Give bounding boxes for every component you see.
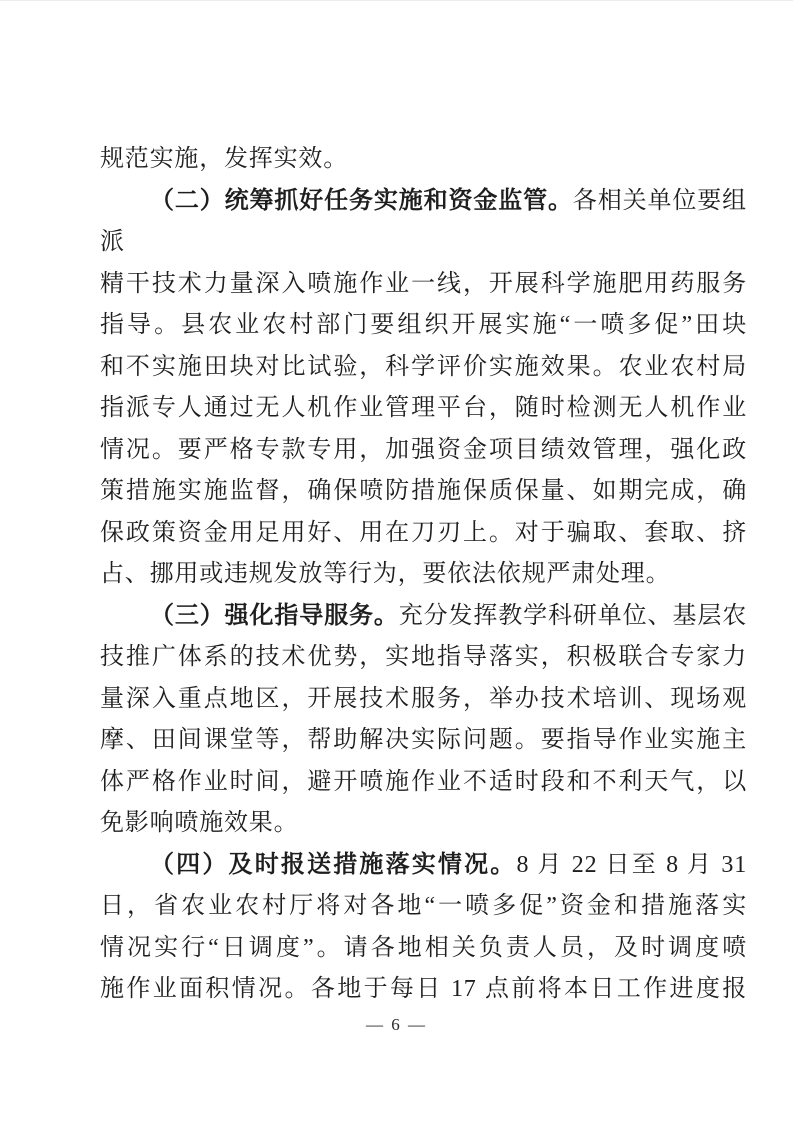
paragraph-text: 和不实施田块对比试验，科学评价实施效果。农业农村局: [100, 354, 747, 380]
paragraph-text: 技推广体系的技术优势，实地指导落实，积极联合专家力: [100, 644, 747, 670]
text-line: 日，省农业农村厅将对各地“一喷多促”资金和措施落实: [100, 886, 747, 928]
paragraph-text: 指导。县农业农村部门要组织开展实施“一喷多促”田块: [100, 312, 747, 338]
text-line: 技推广体系的技术优势，实地指导落实，积极联合专家力: [100, 637, 747, 679]
paragraph-text: 充分发挥教学科研单位、基层农: [399, 603, 747, 629]
paragraph-text: 保政策资金用足用好、用在刀刃上。对于骗取、套取、挤: [100, 520, 747, 546]
text-line: 指派专人通过无人机作业管理平台，随时检测无人机作业: [100, 388, 747, 430]
paragraph-text: 占、挪用或违规发放等行为，要依法依规严肃处理。: [100, 561, 670, 587]
text-line: 体严格作业时间，避开喷施作业不适时段和不利天气，以: [100, 762, 747, 804]
paragraph-text: 精干技术力量深入喷施作业一线，开展科学施肥用药服务: [100, 271, 747, 297]
paragraph-text: 施作业面积情况。各地于每日 17 点前将本日工作进度报: [100, 976, 747, 1002]
text-line: 指导。县农业农村部门要组织开展实施“一喷多促”田块: [100, 305, 747, 347]
text-line: 摩、田间课堂等，帮助解决实际问题。要指导作业实施主: [100, 720, 747, 762]
paragraph-text: 指派专人通过无人机作业管理平台，随时检测无人机作业: [100, 395, 747, 421]
text-line: 施作业面积情况。各地于每日 17 点前将本日工作进度报: [100, 969, 747, 1011]
paragraph-text: 摩、田间课堂等，帮助解决实际问题。要指导作业实施主: [100, 727, 747, 753]
text-line: 规范实施，发挥实效。: [100, 139, 747, 181]
paragraph-text: 体严格作业时间，避开喷施作业不适时段和不利天气，以: [100, 769, 747, 795]
paragraph-text: 情况实行“日调度”。请各地相关负责人员，及时调度喷: [100, 935, 747, 961]
document-body: 规范实施，发挥实效。（二）统筹抓好任务实施和资金监管。各相关单位要组派精干技术力…: [100, 139, 747, 1011]
paragraph-text: 日，省农业农村厅将对各地“一喷多促”资金和措施落实: [100, 893, 747, 919]
paragraph-text: 情况。要严格专款专用，加强资金项目绩效管理，强化政: [100, 437, 747, 463]
paragraph-text: 8 月 22 日至 8 月 31: [516, 852, 747, 878]
text-line: 情况实行“日调度”。请各地相关负责人员，及时调度喷: [100, 928, 747, 970]
text-line: （二）统筹抓好任务实施和资金监管。各相关单位要组派: [100, 181, 747, 264]
paragraph-text: 免影响喷施效果。: [100, 810, 298, 836]
paragraph-text: 量深入重点地区，开展技术服务，举办技术培训、现场观: [100, 686, 747, 712]
text-line: （四）及时报送措施落实情况。8 月 22 日至 8 月 31: [100, 845, 747, 887]
text-line: 占、挪用或违规发放等行为，要依法依规严肃处理。: [100, 554, 747, 596]
text-line: 精干技术力量深入喷施作业一线，开展科学施肥用药服务: [100, 264, 747, 306]
document-page: 规范实施，发挥实效。（二）统筹抓好任务实施和资金监管。各相关单位要组派精干技术力…: [0, 0, 793, 1122]
text-line: 情况。要严格专款专用，加强资金项目绩效管理，强化政: [100, 430, 747, 472]
paragraph-text: 规范实施，发挥实效。: [100, 146, 348, 172]
paragraph-lead-heading: （三）强化指导服务。: [150, 603, 399, 629]
paragraph-lead-heading: （四）及时报送措施落实情况。: [150, 852, 516, 878]
paragraph: 规范实施，发挥实效。: [100, 139, 747, 181]
text-line: 保政策资金用足用好、用在刀刃上。对于骗取、套取、挤: [100, 513, 747, 555]
text-line: 免影响喷施效果。: [100, 803, 747, 845]
paragraph: （四）及时报送措施落实情况。8 月 22 日至 8 月 31日，省农业农村厅将对…: [100, 845, 747, 1011]
paragraph-lead-heading: （二）统筹抓好任务实施和资金监管。: [150, 188, 573, 214]
paragraph-text: 策措施实施监督，确保喷防措施保质保量、如期完成，确: [100, 478, 747, 504]
text-line: 和不实施田块对比试验，科学评价实施效果。农业农村局: [100, 347, 747, 389]
text-line: 量深入重点地区，开展技术服务，举办技术培训、现场观: [100, 679, 747, 721]
paragraph: （三）强化指导服务。充分发挥教学科研单位、基层农技推广体系的技术优势，实地指导落…: [100, 596, 747, 845]
paragraph: （二）统筹抓好任务实施和资金监管。各相关单位要组派精干技术力量深入喷施作业一线，…: [100, 181, 747, 596]
text-line: 策措施实施监督，确保喷防措施保质保量、如期完成，确: [100, 471, 747, 513]
text-line: （三）强化指导服务。充分发挥教学科研单位、基层农: [100, 596, 747, 638]
page-number: — 6 —: [0, 1015, 793, 1035]
